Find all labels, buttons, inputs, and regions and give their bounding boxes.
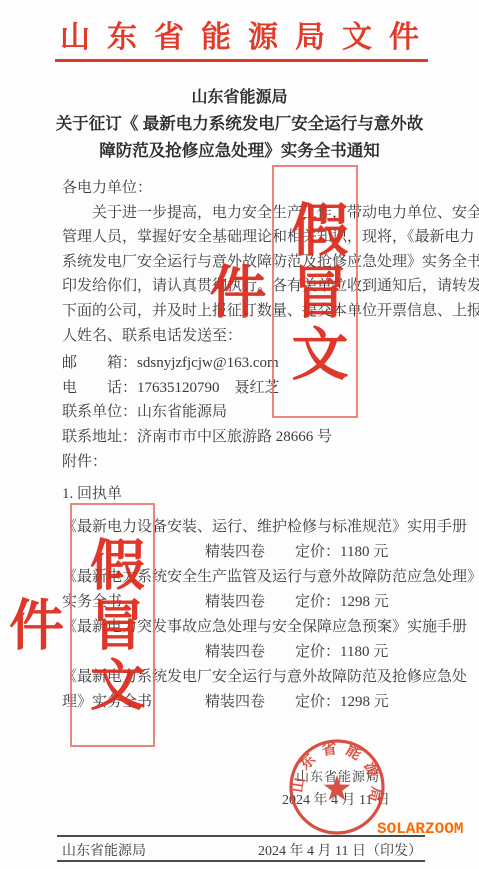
footer-date: 2024 年 4 月 11 日（印发）	[258, 840, 422, 860]
body-line: 各电力单位：	[62, 176, 422, 201]
footer-rule-bottom	[57, 860, 425, 862]
book-line-text: 精装四卷 定价：1298 元	[205, 694, 389, 710]
contact-label: 联系地址：	[62, 425, 137, 450]
counterfeit-stamp-bottom: 假冒文件	[70, 503, 155, 747]
attachment-item: 1. 回执单	[62, 482, 122, 503]
doc-title-line-1: 关于征订《 最新电力系统发电厂安全运行与意外故	[0, 110, 479, 134]
body-line: 关于进一步提高，电力安全生产工作，带动电力单位、安全	[62, 201, 422, 226]
red-header-banner: 山东省能源局文件	[0, 12, 479, 56]
contact-label: 邮 箱：	[62, 351, 137, 376]
issuing-org: 山东省能源局	[0, 84, 479, 107]
contact-value: 济南市市中区旅游路 28666 号	[137, 429, 332, 445]
contact-value: 山东省能源局	[137, 404, 227, 420]
red-header-rule	[55, 59, 428, 62]
attachment-heading: 附件：	[62, 450, 107, 471]
seal-star-icon	[324, 775, 351, 800]
seal-arc-text: 山东省能源局	[289, 740, 385, 811]
document-page: 山东省能源局文件 山东省能源局 关于征订《 最新电力系统发电厂安全运行与意外故 …	[0, 0, 479, 869]
body-line: 人姓名、联系电话发送至：	[62, 324, 422, 349]
contact-line: 联系地址：济南市市中区旅游路 28666 号	[62, 425, 332, 450]
book-line-text: 精装四卷 定价：1298 元	[205, 594, 389, 610]
counterfeit-stamp-top: 假冒文件	[272, 165, 358, 418]
book-line-text: 精装四卷 定价：1180 元	[205, 544, 388, 560]
contact-value: 17635120790 聂红芝	[137, 380, 280, 396]
footer-rule-top	[57, 835, 425, 837]
book-line-text: 精装四卷 定价：1180 元	[205, 644, 388, 660]
footer-row: 山东省能源局 2024 年 4 月 11 日（印发）	[62, 840, 422, 860]
contact-value: sdsnyjzfjcjw@163.com	[137, 355, 279, 371]
contact-label: 电 话：	[62, 376, 137, 401]
contact-label: 联系单位：	[62, 400, 137, 425]
footer-org: 山东省能源局	[62, 840, 146, 860]
svg-text:山东省能源局: 山东省能源局	[289, 740, 385, 811]
body-line: 管理人员，掌握好安全基础理论和相关知识，现将，《最新电力	[62, 225, 422, 250]
official-seal-icon: 山东省能源局	[284, 737, 390, 843]
doc-title-line-2: 障防范及抢修应急处理》实务全书通知	[0, 137, 479, 161]
